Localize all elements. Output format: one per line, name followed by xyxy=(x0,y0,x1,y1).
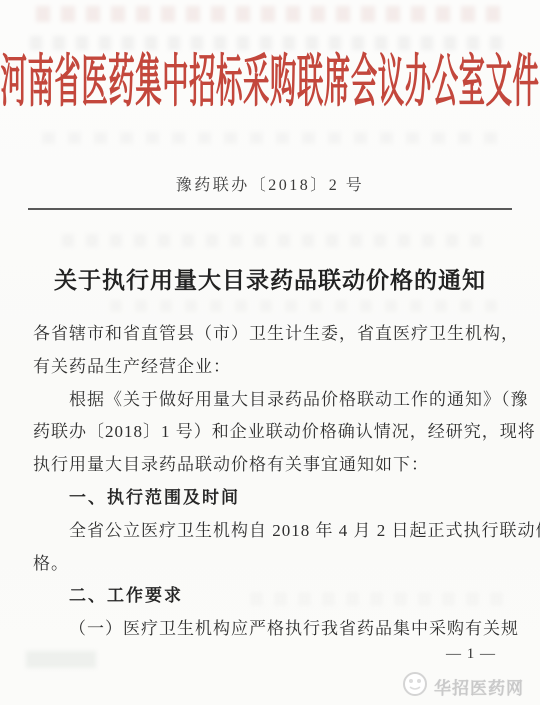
scanned-document-page: 河南省医药集中招标采购联席会议办公室文件 豫药联办〔2018〕2 号 关于执行用… xyxy=(0,0,540,705)
document-body: 各省辖市和省直管县（市）卫生计生委，省直医疗卫生机构， 有关药品生产经营企业： … xyxy=(33,318,511,646)
body-line-text: 二、工作要求 xyxy=(69,586,183,605)
body-line: 一、执行范围及时间 xyxy=(33,482,511,515)
body-line: 全省公立医疗卫生机构自 2018 年 4 月 2 日起正式执行联动价 xyxy=(33,515,511,548)
watermark-text: 华招医药网 xyxy=(434,674,524,699)
bleed-artifact xyxy=(36,6,506,22)
body-line-text: 一、执行范围及时间 xyxy=(69,488,240,507)
letterhead: 河南省医药集中招标采购联席会议办公室文件 xyxy=(0,52,540,105)
body-line: 根据《关于做好用量大目录药品价格联动工作的通知》（豫 xyxy=(33,384,511,417)
body-line-text: 执行用量大目录药品联动价格有关事宜通知如下： xyxy=(33,455,429,474)
body-line-text: 格。 xyxy=(33,554,69,573)
body-line-text: 药联办〔2018〕1 号）和企业联动价格确认情况，经研究，现将 xyxy=(33,422,536,441)
body-line-text: 根据《关于做好用量大目录药品价格联动工作的通知》（豫 xyxy=(69,390,529,409)
body-line-text: 全省公立医疗卫生机构自 2018 年 4 月 2 日起正式执行联动价 xyxy=(69,521,540,540)
body-line: 有关药品生产经营企业： xyxy=(33,351,511,384)
bleed-artifact xyxy=(42,132,500,144)
body-line-text: 各省辖市和省直管县（市）卫生计生委，省直医疗卫生机构， xyxy=(33,324,519,343)
huazhao-logo-icon xyxy=(402,671,428,702)
page-number: — 1 — xyxy=(446,646,496,663)
body-line: 格。 xyxy=(33,548,511,581)
body-line: 各省辖市和省直管县（市）卫生计生委，省直医疗卫生机构， xyxy=(33,318,511,351)
bleed-artifact xyxy=(30,36,512,50)
header-rule xyxy=(28,208,512,210)
body-line: 执行用量大目录药品联动价格有关事宜通知如下： xyxy=(33,449,511,482)
bleed-artifact xyxy=(110,300,510,312)
bleed-artifact xyxy=(26,651,96,668)
body-line-text: 有关药品生产经营企业： xyxy=(33,357,231,376)
body-line: 药联办〔2018〕1 号）和企业联动价格确认情况，经研究，现将 xyxy=(33,416,511,449)
body-line-text: （一）医疗卫生机构应严格执行我省药品集中采购有关规 xyxy=(69,619,519,638)
body-line: 二、工作要求 xyxy=(33,580,511,613)
document-title: 关于执行用量大目录药品联动价格的通知 xyxy=(0,262,540,295)
letterhead-title: 河南省医药集中招标采购联席会议办公室文件 xyxy=(1,52,540,114)
watermark: 华招医药网 xyxy=(402,671,524,702)
document-number: 豫药联办〔2018〕2 号 xyxy=(0,172,540,195)
bleed-artifact xyxy=(62,234,492,247)
body-line: （一）医疗卫生机构应严格执行我省药品集中采购有关规 xyxy=(33,613,511,646)
